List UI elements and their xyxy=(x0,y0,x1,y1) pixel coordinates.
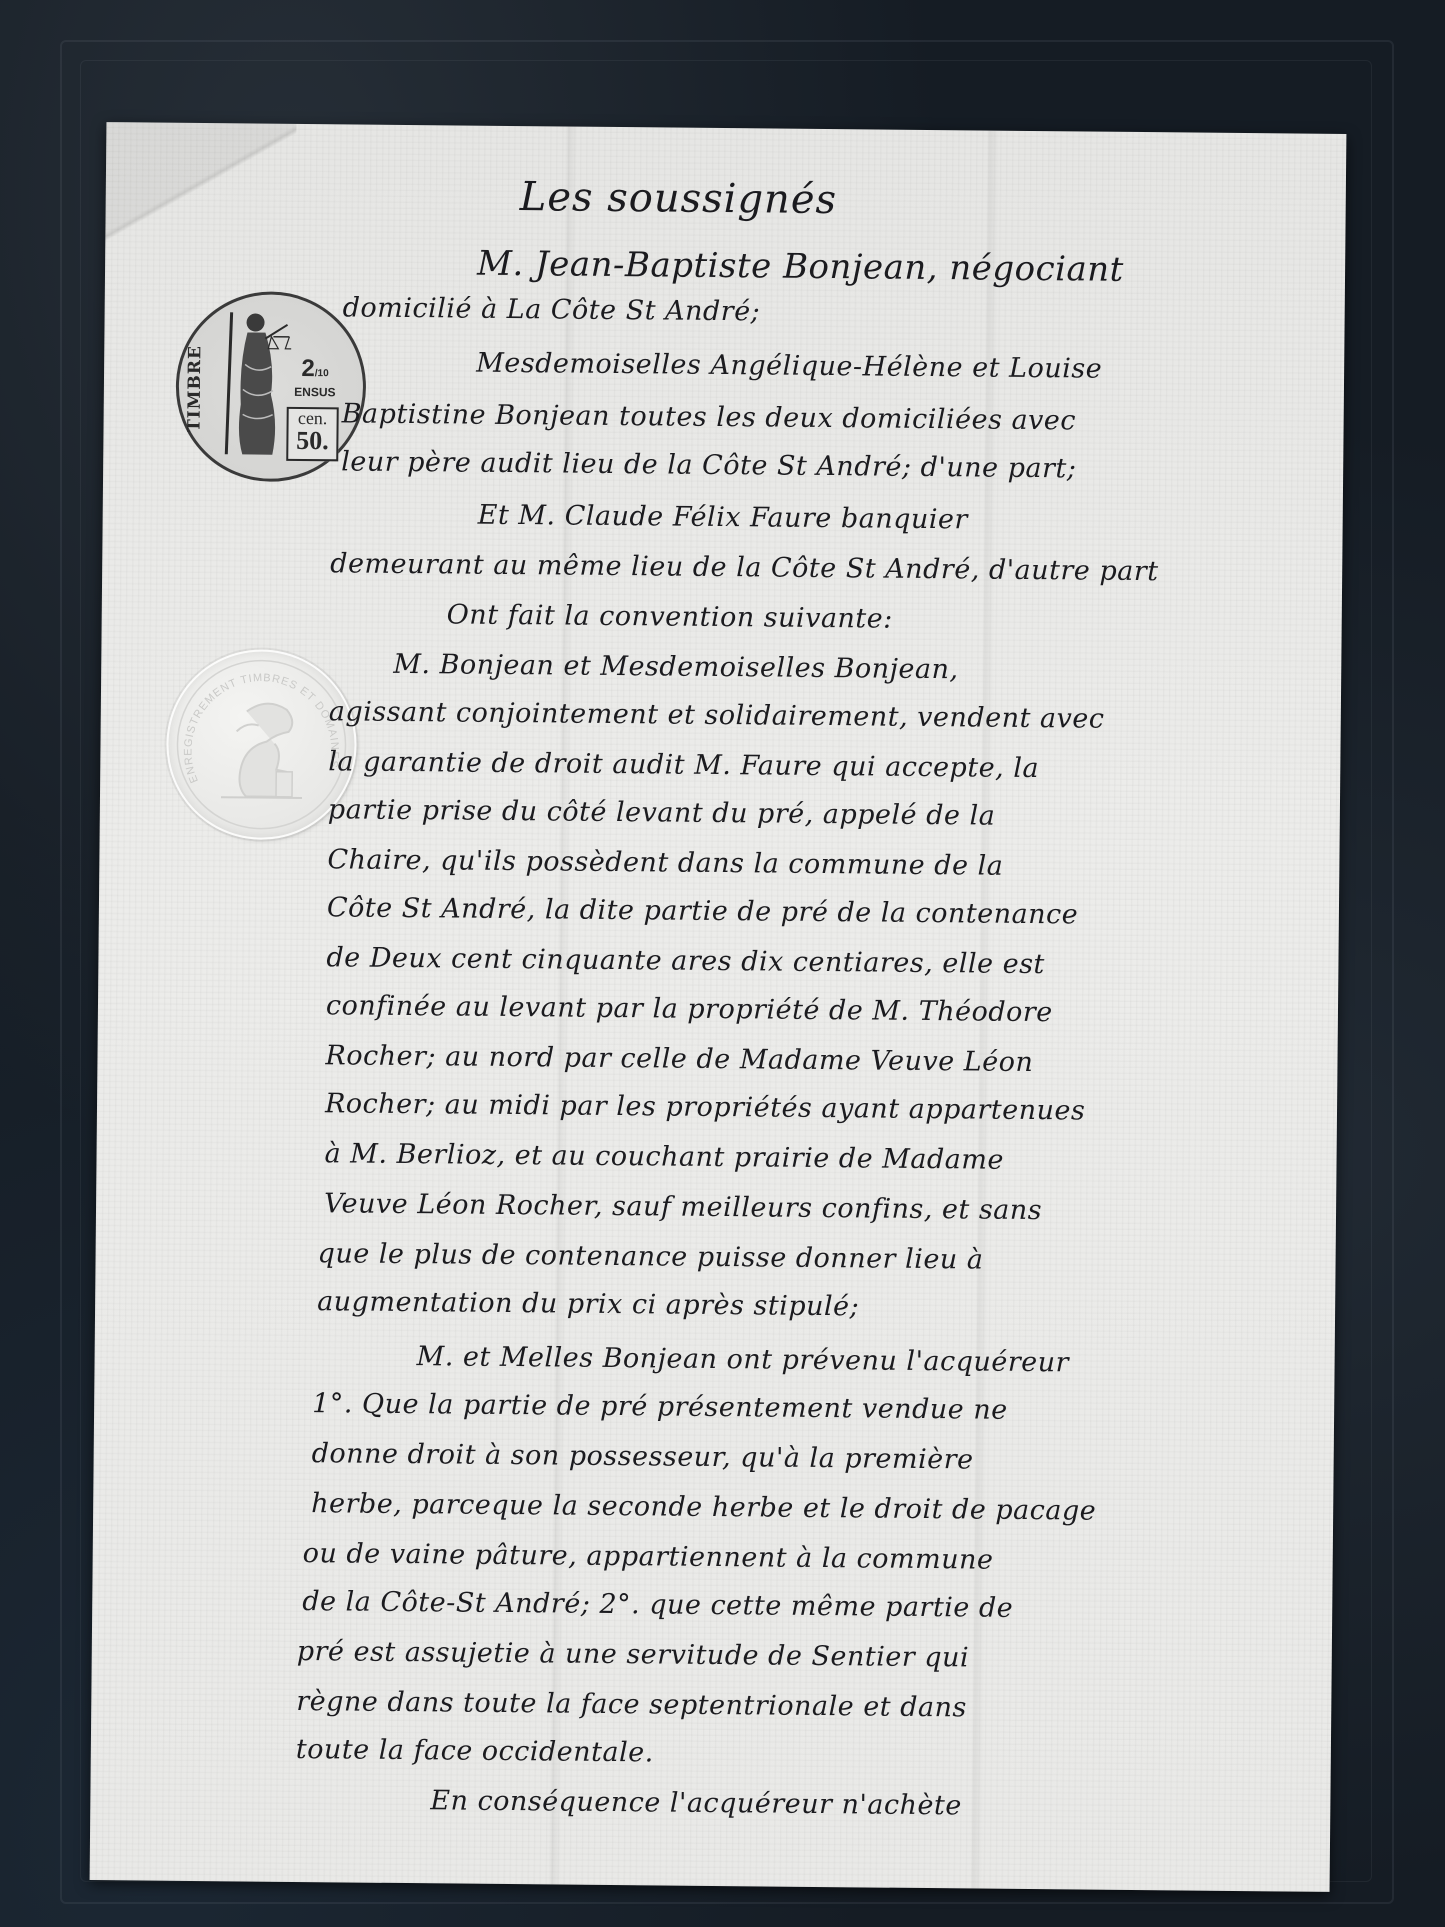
text-line-12: partie prise du côté levant du pré, appe… xyxy=(328,794,996,831)
text-line-18: Rocher; au midi par les propriétés ayant… xyxy=(325,1088,1086,1126)
text-line-4: Baptistine Bonjean toutes les deux domic… xyxy=(342,398,1077,436)
justice-figure-icon xyxy=(220,304,291,460)
text-line-31: toute la face occidentale. xyxy=(296,1734,654,1768)
text-line-2: domicilié à La Côte St André; xyxy=(343,292,761,327)
text-line-21: que le plus de contenance puisse donner … xyxy=(317,1238,983,1275)
text-line-17: Rocher; au nord par celle de Madame Veuv… xyxy=(325,1040,1033,1078)
text-line-11: la garantie de droit audit M. Faure qui … xyxy=(328,746,1039,784)
decime-denominator: 10 xyxy=(318,368,329,379)
stamp-value-box: cen. 50. xyxy=(286,407,339,461)
folded-corner xyxy=(105,122,296,244)
text-line-7: demeurant au même lieu de la Côte St And… xyxy=(330,548,1159,587)
text-line-28: de la Côte-St André; 2°. que cette même … xyxy=(302,1586,1013,1624)
text-line-20: Veuve Léon Rocher, sauf meilleurs confin… xyxy=(324,1188,1042,1226)
text-line-23: M. et Melles Bonjean ont prévenu l'acqué… xyxy=(416,1341,1069,1378)
tax-stamp: TIMBRE 2/10 ENSUS cen. 50. xyxy=(175,291,367,483)
text-line-26: herbe, parceque la seconde herbe et le d… xyxy=(311,1488,1096,1527)
text-line-9: M. Bonjean et Mesdemoiselles Bonjean, xyxy=(393,649,959,685)
stamp-value: 50. xyxy=(288,427,336,455)
decime-suffix: ENSUS xyxy=(287,386,343,399)
stamp-unit: cen. xyxy=(289,409,337,427)
text-line-19: à M. Berlioz, et au couchant prairie de … xyxy=(324,1138,1004,1176)
text-line-10: agissant conjointement et solidairement,… xyxy=(329,696,1105,734)
text-line-22: augmentation du prix ci après stipulé; xyxy=(317,1286,859,1322)
text-line-13: Chaire, qu'ils possèdent dans la commune… xyxy=(327,844,1003,881)
text-line-25: donne droit à son possesseur, qu'à la pr… xyxy=(312,1438,974,1475)
text-line-24: 1°. Que la partie de pré présentement ve… xyxy=(312,1388,1008,1426)
stamp-decime: 2/10 ENSUS xyxy=(287,357,343,399)
text-line-27: ou de vaine pâture, appartiennent à la c… xyxy=(303,1538,994,1576)
document-page: TIMBRE 2/10 ENSUS cen. 50. xyxy=(90,122,1347,1892)
stamp-label: TIMBRE xyxy=(184,334,215,444)
text-line-5: leur père audit lieu de la Côte St André… xyxy=(341,446,1076,484)
text-line-32: En conséquence l'acquéreur n'achète xyxy=(430,1785,962,1821)
text-line-15: de Deux cent cinquante ares dix centiare… xyxy=(326,942,1045,980)
text-line-3: Mesdemoiselles Angélique-Hélène et Louis… xyxy=(476,348,1102,385)
text-line-16: confinée au levant par la propriété de M… xyxy=(326,990,1053,1028)
text-line-30: règne dans toute la face septentrionale … xyxy=(296,1686,967,1723)
document-title: Les soussignés xyxy=(520,174,838,223)
text-line-6: Et M. Claude Félix Faure banquier xyxy=(478,500,968,536)
text-line-8: Ont fait la convention suivante: xyxy=(447,599,893,634)
text-line-29: pré est assujetie à une servitude de Sen… xyxy=(297,1636,970,1673)
text-line-1: M. Jean-Baptiste Bonjean, négociant xyxy=(477,244,1124,290)
decime-numerator: 2 xyxy=(301,355,315,382)
text-line-14: Côte St André, la dite partie de pré de … xyxy=(327,892,1079,930)
seated-figure-icon xyxy=(216,691,307,802)
